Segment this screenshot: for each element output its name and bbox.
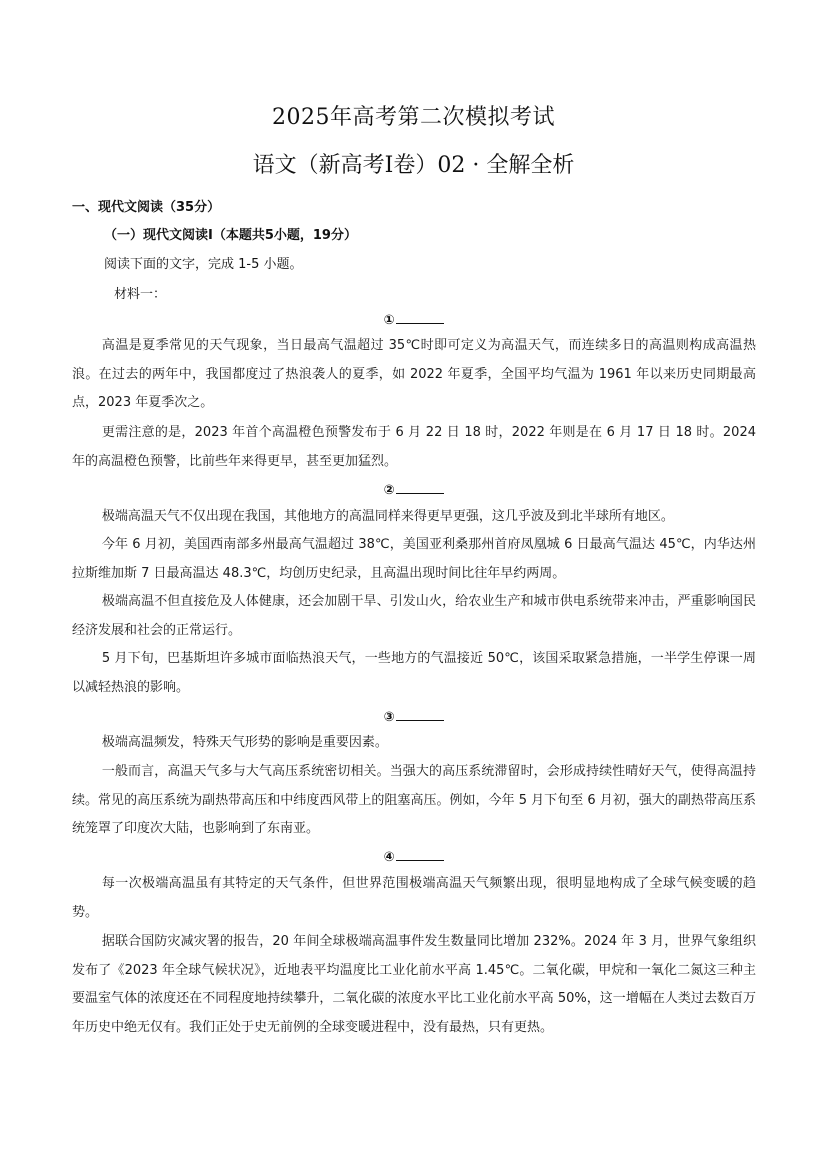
section-marker-3: ③ <box>0 708 827 728</box>
paragraph: 今年 6 月初，美国西南部多州最高气温超过 38℃，美国亚利桑那州首府凤凰城 6… <box>72 531 756 588</box>
fill-blank <box>396 848 444 861</box>
marker-number: ① <box>383 313 394 328</box>
marker-number: ② <box>383 483 394 498</box>
section-heading: 一、现代文阅读（35分） <box>72 196 220 215</box>
paragraph: 5 月下旬，巴基斯坦许多城市面临热浪天气，一些地方的气温接近 50℃，该国采取紧… <box>72 645 756 702</box>
paragraph: 极端高温不但直接危及人体健康，还会加剧干旱、引发山火，给农业生产和城市供电系统带… <box>72 588 756 645</box>
paragraph: 一般而言，高温天气多与大气高压系统密切相关。当强大的高压系统滞留时，会形成持续性… <box>72 758 756 844</box>
material-label: 材料一： <box>114 283 166 302</box>
document-page: 2025年高考第二次模拟考试 语文（新高考Ⅰ卷）02 · 全解全析 一、现代文阅… <box>0 0 827 1169</box>
subsection-heading: （一）现代文阅读Ⅰ（本题共5小题，19分） <box>104 224 357 243</box>
paragraph: 据联合国防灾减灾署的报告，20 年间全球极端高温事件发生数量同比增加 232%。… <box>72 928 756 1042</box>
marker-number: ④ <box>383 850 394 865</box>
document-subtitle: 语文（新高考Ⅰ卷）02 · 全解全析 <box>0 148 827 179</box>
paragraph: 极端高温频发，特殊天气形势的影响是重要因素。 <box>72 729 756 758</box>
paragraph: 高温是夏季常见的天气现象，当日最高气温超过 35℃时即可定义为高温天气，而连续多… <box>72 332 756 418</box>
section-marker-1: ① <box>0 311 827 331</box>
marker-number: ③ <box>383 710 394 725</box>
paragraph: 极端高温天气不仅出现在我国，其他地方的高温同样来得更早更强，这几乎波及到北半球所… <box>72 503 756 532</box>
paragraph: 每一次极端高温虽有其特定的天气条件，但世界范围极端高温天气频繁出现，很明显地构成… <box>72 870 756 927</box>
paragraph: 更需注意的是，2023 年首个高温橙色预警发布于 6 月 22 日 18 时，2… <box>72 419 756 476</box>
document-title: 2025年高考第二次模拟考试 <box>0 100 827 131</box>
section-marker-2: ② <box>0 481 827 501</box>
section-marker-4: ④ <box>0 848 827 868</box>
fill-blank <box>396 708 444 721</box>
reading-instruction: 阅读下面的文字，完成 1-5 小题。 <box>104 253 303 272</box>
fill-blank <box>396 311 444 324</box>
fill-blank <box>396 481 444 494</box>
